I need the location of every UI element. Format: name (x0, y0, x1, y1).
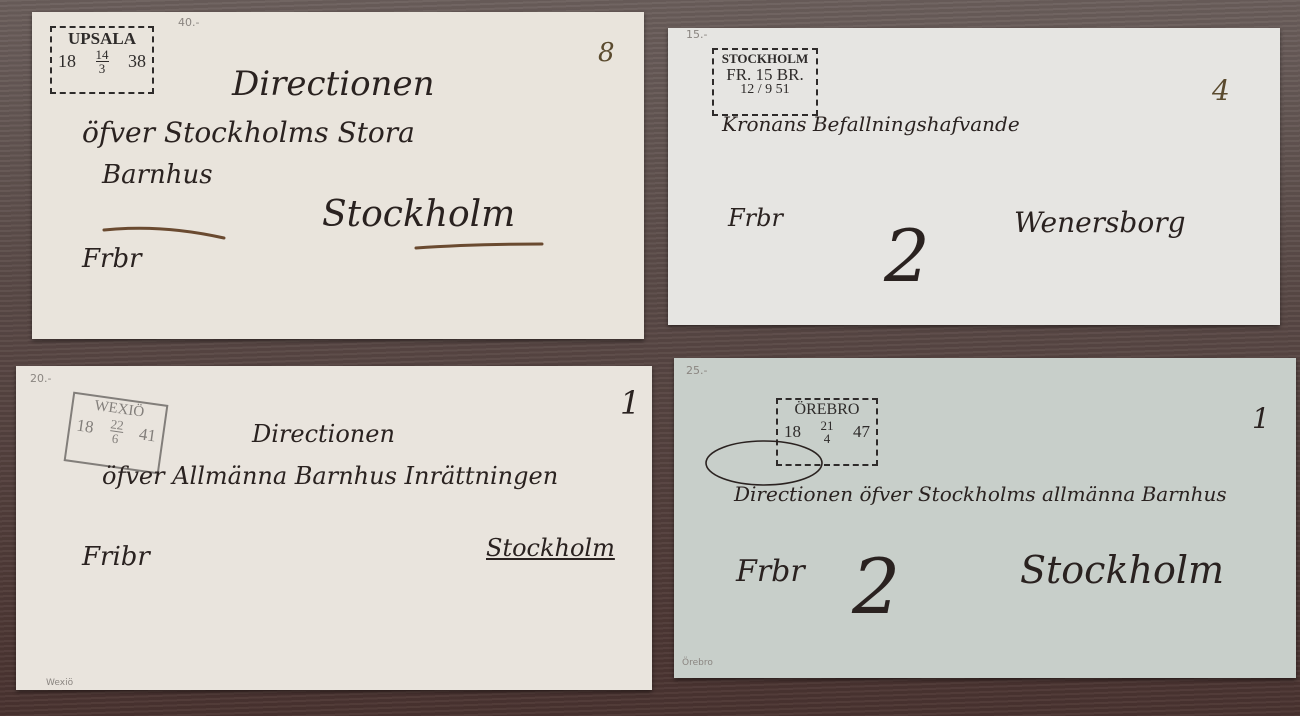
envelope-wexio: 20.- WEXIÖ 18 22 6 41 1 Directionen öfve… (16, 366, 652, 690)
envelope-upsala: 40.- UPSALA 18 14 3 38 8 Directionen öfv… (32, 12, 644, 339)
address-line-2: öfver Allmänna Barnhus Inrättningen (102, 462, 558, 490)
address-line-1: Kronans Befallningshafvande (722, 112, 1020, 136)
postmark-stockholm: STOCKHOLM FR. 15 BR. 12 / 9 51 (712, 48, 818, 116)
address-line-3: Stockholm (486, 534, 615, 562)
address-line-1: Directionen (252, 420, 395, 448)
large-numeral: 2 (884, 214, 930, 298)
bottom-pencil-note: Örebro (682, 658, 713, 668)
rate-numeral: 1 (620, 384, 640, 422)
ink-underlines (32, 12, 644, 339)
envelope-stockholm: 15.- STOCKHOLM FR. 15 BR. 12 / 9 51 4 Kr… (668, 28, 1280, 325)
envelope-orebro: 25.- ÖREBRO 18 21 4 47 1 Directionen öfv… (674, 358, 1296, 678)
ink-flourish (674, 358, 1296, 678)
address-line-2: Wenersborg (1014, 206, 1186, 239)
pencil-price: 20.- (30, 372, 51, 385)
rate-numeral: 4 (1212, 74, 1230, 107)
bottom-pencil-note: Wexiö (46, 678, 73, 688)
pencil-price: 15.- (686, 28, 707, 41)
franking-note: Fribr (82, 542, 150, 572)
franking-note: Frbr (728, 204, 783, 232)
